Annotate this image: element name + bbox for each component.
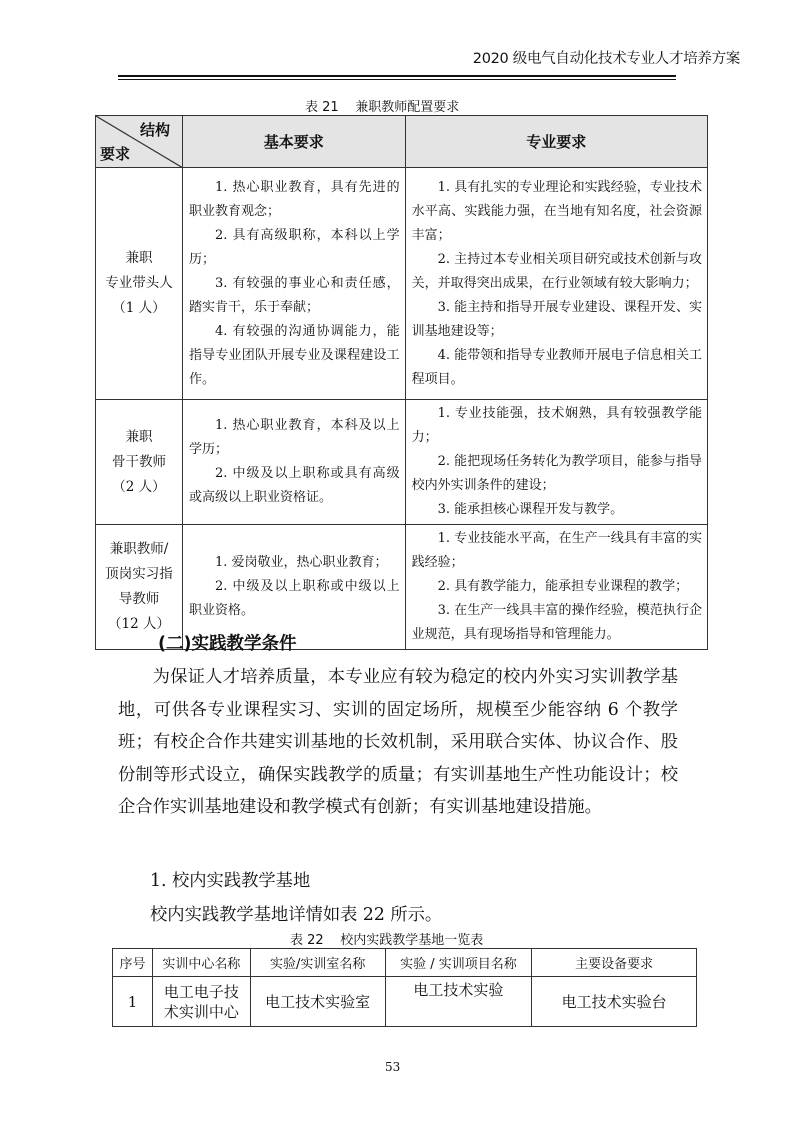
column-header: 主要设备要求 — [532, 949, 697, 977]
document-header-title: 2020 级电气自动化技术专业人才培养方案 — [440, 47, 740, 68]
paragraph-text: 为保证人才培养质量，本专业应有较为稳定的校内外实习实训教学基地，可供各专业课程实… — [118, 661, 678, 824]
requirement-item: 2. 中级及以上职称或具有高级或高级以上职业资格证。 — [189, 462, 400, 510]
requirement-item: 3. 有较强的事业心和责任感，踏实肯干，乐于奉献； — [189, 272, 400, 320]
requirement-item: 1. 专业技能水平高，在生产一线具有丰富的实践经验； — [412, 527, 702, 575]
table-cell-center-name: 电工电子技术实训中心 — [152, 977, 250, 1027]
table-part-time-teacher-requirements: 结构 要求 基本要求 专业要求 兼职 专业带头人 （1 人） 1. 热心职业教育… — [95, 115, 708, 650]
requirement-item: 2. 主持过本专业相关项目研究或技术创新与攻关，并取得突出成果，在行业领域有较大… — [412, 248, 702, 296]
header-divider — [118, 75, 676, 80]
role-line: （2 人） — [96, 475, 182, 500]
subsection-heading: 1. 校内实践教学基地 — [150, 866, 310, 891]
basic-requirements-cell: 1. 热心职业教育，本科及以上学历； 2. 中级及以上职称或具有高级或高级以上职… — [183, 400, 406, 525]
role-line: 导教师 — [96, 587, 182, 612]
table-header-row: 序号 实训中心名称 实验/实训室名称 实验 / 实训项目名称 主要设备要求 — [113, 949, 697, 977]
requirement-item: 2. 中级及以上职称或中级以上职业资格。 — [189, 575, 400, 623]
role-line: （1 人） — [96, 296, 182, 321]
table-row: 兼职 骨干教师 （2 人） 1. 热心职业教育，本科及以上学历； 2. 中级及以… — [96, 400, 708, 525]
basic-requirements-cell: 1. 热心职业教育，具有先进的职业教育观念； 2. 具有高级职称，本科以上学历；… — [183, 168, 406, 400]
requirement-item: 1. 热心职业教育，具有先进的职业教育观念； — [189, 176, 400, 224]
requirement-item: 2. 具有高级职称，本科以上学历； — [189, 224, 400, 272]
professional-requirements-cell: 1. 具有扎实的专业理论和实践经验，专业技术水平高、实践能力强，在当地有知名度，… — [405, 168, 707, 400]
requirement-item: 2. 能把现场任务转化为教学项目，能参与指导校内外实训条件的建设； — [412, 450, 702, 498]
corner-header-cell: 结构 要求 — [96, 116, 183, 168]
requirement-item: 1. 热心职业教育，本科及以上学历； — [189, 414, 400, 462]
column-header: 序号 — [113, 949, 153, 977]
table-cell-index: 1 — [113, 977, 153, 1027]
role-line: 兼职 — [96, 246, 182, 271]
role-line: 骨干教师 — [96, 450, 182, 475]
table-cell-project-name: 电工技术实验 — [385, 977, 532, 1027]
table-cell-equipment: 电工技术实验台 — [532, 977, 697, 1027]
column-header: 实训中心名称 — [152, 949, 250, 977]
subsection-text: 校内实践教学基地详情如表 22 所示。 — [150, 900, 442, 925]
corner-label-structure: 结构 — [140, 119, 170, 140]
requirement-item: 1. 具有扎实的专业理论和实践经验，专业技术水平高、实践能力强，在当地有知名度，… — [412, 176, 702, 248]
table22-caption: 表 22 校内实践教学基地一览表 — [290, 929, 483, 948]
role-line: 专业带头人 — [96, 271, 182, 296]
requirement-item: 3. 能承担核心课程开发与教学。 — [412, 498, 702, 522]
corner-label-requirement: 要求 — [100, 143, 130, 164]
requirement-item: 2. 具有教学能力，能承担专业课程的教学； — [412, 575, 702, 599]
column-header-professional: 专业要求 — [405, 116, 707, 168]
table-header-row: 结构 要求 基本要求 专业要求 — [96, 116, 708, 168]
professional-requirements-cell: 1. 专业技能强，技术娴熟，具有较强教学能力； 2. 能把现场任务转化为教学项目… — [405, 400, 707, 525]
table-row: 1 电工电子技术实训中心 电工技术实验室 电工技术实验 电工技术实验台 — [113, 977, 697, 1027]
professional-requirements-cell: 1. 专业技能水平高，在生产一线具有丰富的实践经验； 2. 具有教学能力，能承担… — [405, 525, 707, 650]
requirement-item: 4. 能带领和指导专业教师开展电子信息相关工程项目。 — [412, 344, 702, 392]
role-line: 顶岗实习指 — [96, 562, 182, 587]
table-on-campus-training-bases: 序号 实训中心名称 实验/实训室名称 实验 / 实训项目名称 主要设备要求 1 … — [112, 948, 697, 1027]
role-line: 兼职教师/ — [96, 537, 182, 562]
section-paragraph: 为保证人才培养质量，本专业应有较为稳定的校内外实习实训教学基地，可供各专业课程实… — [118, 661, 678, 824]
role-line: 兼职 — [96, 425, 182, 450]
section-heading: (二)实践教学条件 — [158, 630, 297, 655]
column-header-basic: 基本要求 — [183, 116, 406, 168]
table-row: 兼职 专业带头人 （1 人） 1. 热心职业教育，具有先进的职业教育观念； 2.… — [96, 168, 708, 400]
requirement-item: 3. 在生产一线具丰富的操作经验，模范执行企业规范，具有现场指导和管理能力。 — [412, 599, 702, 647]
table-cell-lab-name: 电工技术实验室 — [250, 977, 385, 1027]
column-header: 实验 / 实训项目名称 — [385, 949, 532, 977]
requirement-item: 3. 能主持和指导开展专业建设、课程开发、实训基地建设等； — [412, 296, 702, 344]
column-header: 实验/实训室名称 — [250, 949, 385, 977]
requirement-item: 4. 有较强的沟通协调能力，能指导专业团队开展专业及课程建设工作。 — [189, 320, 400, 392]
page-number: 53 — [385, 1060, 400, 1074]
table21-caption: 表 21 兼职教师配置要求 — [305, 96, 459, 115]
row-role-cell: 兼职 专业带头人 （1 人） — [96, 168, 183, 400]
requirement-item: 1. 爱岗敬业，热心职业教育； — [189, 551, 400, 575]
row-role-cell: 兼职 骨干教师 （2 人） — [96, 400, 183, 525]
requirement-item: 1. 专业技能强，技术娴熟，具有较强教学能力； — [412, 402, 702, 450]
